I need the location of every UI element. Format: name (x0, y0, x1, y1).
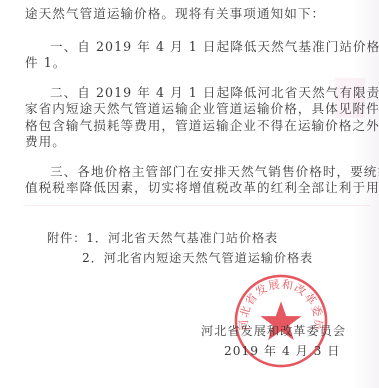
attachment-item-2: 2．河北省内短途天然气管道运输价格表 (82, 250, 379, 266)
issue-date: 2019 年 4 月 3 日 (224, 342, 340, 359)
item-2-line-2: 家省内短途天然气管道运输企业管道运输价格，具体见附件 2。此价 (25, 101, 359, 117)
issuer-name: 河北省发展和改革委员会 (201, 322, 346, 339)
attachments-line-1: 附件：1．河北省天然气基准门站价格表 (47, 230, 379, 246)
attachment-item-1: 1．河北省天然气基准门站价格表 (86, 231, 278, 245)
item-2-line-4: 费用。 (25, 134, 359, 150)
scan-artifact-line (25, 205, 370, 206)
item-3-line-1: 三、各地价格主管部门在安排天然气销售价格时，要统筹考虑增 (50, 164, 359, 180)
attachments-label: 附件： (47, 231, 86, 245)
item-3-line-2: 值税税率降低因素，切实将增值税改革的红利全部让利于用户。 (25, 180, 359, 196)
item-2-line-3: 格包含输气损耗等费用，管道运输企业不得在运输价格之外加收其它 (25, 118, 359, 134)
body-text-line: 途天然气管道运输价格。现将有关事项通知如下： (25, 6, 359, 22)
item-2-line-1: 二、自 2019 年 4 月 1 日起降低河北省天然气有限责任公司等 6 (50, 85, 359, 101)
document-page: 途天然气管道运输价格。现将有关事项通知如下： 一、自 2019 年 4 月 1 … (0, 0, 379, 388)
item-1-line-1: 一、自 2019 年 4 月 1 日起降低天然气基准门站价格，具体见附 (50, 39, 359, 55)
item-1-line-2: 件 1。 (25, 55, 359, 71)
